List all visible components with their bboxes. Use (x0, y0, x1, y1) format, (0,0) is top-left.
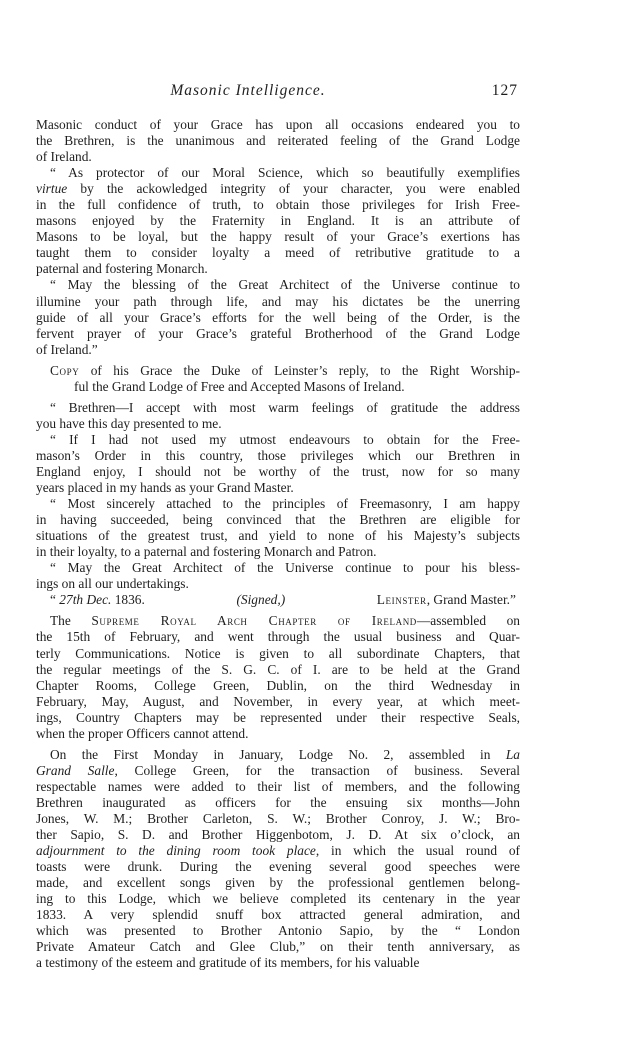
text-segment: , in which the usual round of (316, 843, 520, 858)
text-segment: ful the Grand Lodge of Free and Accepted… (74, 379, 405, 394)
text-segment: The (50, 613, 91, 628)
paragraph: On the First Monday in January, Lodge No… (36, 747, 520, 972)
text-segment: respectable names were added to their li… (36, 779, 520, 794)
text-line: Brethren inaugurated as officers for the… (36, 795, 520, 811)
text-segment: of Ireland.” (36, 342, 98, 357)
text-segment: “ May the blessing of the Great Architec… (50, 277, 520, 292)
text-segment: situations of the greatest trust, and yi… (36, 528, 520, 543)
text-segment: “ (50, 592, 59, 607)
text-line: Grand Salle, College Green, for the tran… (36, 763, 520, 779)
text-segment: ing to this Lodge, which we believe comp… (36, 891, 520, 906)
text-line: a testimony of the esteem and gratitude … (36, 955, 520, 971)
smallcaps-text: Leinster (377, 592, 427, 607)
text-line: February, May, August, and November, in … (36, 694, 520, 710)
text-line: ings on all our undertakings. (36, 576, 520, 592)
text-line: On the First Monday in January, Lodge No… (36, 747, 520, 763)
italic-text: virtue (36, 181, 67, 196)
text-line: ing to this Lodge, which we believe comp… (36, 891, 520, 907)
text-line: ings, Country Chapters may be represente… (36, 710, 520, 726)
text-segment: made, and excellent songs given by the p… (36, 875, 520, 890)
text-segment: of Ireland. (36, 149, 92, 164)
text-line: terly Communications. Notice is given to… (36, 646, 520, 662)
text-segment: Masonic conduct of your Grace has upon a… (36, 117, 520, 132)
text-segment: a testimony of the esteem and gratitude … (36, 955, 419, 970)
text-segment: Brethren inaugurated as officers for the… (36, 795, 520, 810)
italic-text: (Signed,) (236, 592, 285, 607)
text-line: “ As protector of our Moral Science, whi… (36, 165, 520, 181)
text-line: when the proper Officers cannot attend. (36, 726, 520, 742)
smallcaps-text: Supreme Royal Arch Chapter of Ireland (91, 613, 417, 628)
paragraph: Masonic conduct of your Grace has upon a… (36, 117, 520, 165)
text-line: adjournment to the dining room took plac… (36, 843, 520, 859)
text-line: mason’s Order in this country, those pri… (36, 448, 520, 464)
text-segment: ings on all our undertakings. (36, 576, 189, 591)
text-segment: in their loyalty, to a paternal and fost… (36, 544, 377, 559)
page-body: Masonic conduct of your Grace has upon a… (36, 117, 520, 971)
text-segment: England enjoy, I should not be worthy of… (36, 464, 520, 479)
text-segment: paternal and fostering Monarch. (36, 261, 208, 276)
text-segment: Jones, W. M.; Brother Carleton, S. W.; B… (36, 811, 520, 826)
text-line: respectable names were added to their li… (36, 779, 520, 795)
running-header: Masonic Intelligence. 127 (36, 82, 520, 102)
scanned-book-page: Masonic Intelligence. 127 Masonic conduc… (0, 0, 624, 1044)
text-segment: “ As protector of our Moral Science, whi… (50, 165, 520, 180)
text-line: fervent prayer of your Grace’s grateful … (36, 326, 520, 342)
text-segment: you have this day presented to me. (36, 416, 222, 431)
text-segment: terly Communications. Notice is given to… (36, 646, 520, 661)
text-line: Chapter Rooms, College Green, Dublin, on… (36, 678, 520, 694)
text-segment: mason’s Order in this country, those pri… (36, 448, 520, 463)
text-segment: ings, Country Chapters may be represente… (36, 710, 520, 725)
text-line: of Ireland. (36, 149, 520, 165)
text-line: the Brethren, is the unanimous and reite… (36, 133, 520, 149)
text-segment: taught them to consider loyalty a meed o… (36, 245, 520, 260)
text-segment: the 15th of February, and went through t… (36, 629, 520, 644)
italic-text: adjournment to the dining room took plac… (36, 843, 316, 858)
text-segment: “ Most sincerely attached to the princip… (50, 496, 520, 511)
text-line: England enjoy, I should not be worthy of… (36, 464, 520, 480)
text-segment: 1833. A very splendid snuff box attracte… (36, 907, 520, 922)
page-title: Masonic Intelligence. (36, 82, 460, 100)
signature-line: “ 27th Dec. 1836.(Signed,)Leinster, Gran… (36, 592, 520, 608)
paragraph: “ As protector of our Moral Science, whi… (36, 165, 520, 277)
paragraph: “ 27th Dec. 1836.(Signed,)Leinster, Gran… (36, 592, 520, 608)
text-line: the 15th of February, and went through t… (36, 629, 520, 645)
text-segment: illumine your path through life, and may… (36, 294, 520, 309)
text-line: the regular meetings of the S. G. C. of … (36, 662, 520, 678)
text-segment: when the proper Officers cannot attend. (36, 726, 248, 741)
text-line: masons enjoyed by the Fraternity in Engl… (36, 213, 520, 229)
text-segment: Masons to be loyal, but the happy result… (36, 229, 520, 244)
text-segment: of his Grace the Duke of Leinster’s repl… (79, 363, 520, 378)
signature-group: (Signed,) (236, 592, 285, 608)
text-line: toasts were drunk. During the evening se… (36, 859, 520, 875)
text-line: Jones, W. M.; Brother Carleton, S. W.; B… (36, 811, 520, 827)
paragraph: The Supreme Royal Arch Chapter of Irelan… (36, 613, 520, 741)
text-line: “ Brethren—I accept with most warm feeli… (36, 400, 520, 416)
text-segment: which was presented to Brother Antonio S… (36, 923, 520, 938)
smallcaps-text: Copy (50, 363, 79, 378)
text-line: ful the Grand Lodge of Free and Accepted… (36, 379, 520, 395)
paragraph: “ Brethren—I accept with most warm feeli… (36, 400, 520, 432)
text-segment: the regular meetings of the S. G. C. of … (36, 662, 520, 677)
text-segment: “ Brethren—I accept with most warm feeli… (50, 400, 520, 415)
text-segment: , Grand Master.” (427, 592, 516, 607)
text-segment: ther Sapio, S. D. and Brother Higgenboto… (36, 827, 520, 842)
text-line: “ May the blessing of the Great Architec… (36, 277, 520, 293)
text-line: guide of all your Grace’s efforts for th… (36, 310, 520, 326)
text-segment: by the ackowledged integrity of your cha… (67, 181, 520, 196)
text-segment: masons enjoyed by the Fraternity in Engl… (36, 213, 520, 228)
text-segment: —assembled on (417, 613, 520, 628)
text-line: situations of the greatest trust, and yi… (36, 528, 520, 544)
paragraph: “ If I had not used my utmost endeavours… (36, 432, 520, 496)
text-line: virtue by the ackowledged integrity of y… (36, 181, 520, 197)
text-line: Private Amateur Catch and Glee Club,” on… (36, 939, 520, 955)
text-line: Copy of his Grace the Duke of Leinster’s… (36, 363, 520, 379)
text-segment: “ If I had not used my utmost endeavours… (50, 432, 520, 447)
text-line: made, and excellent songs given by the p… (36, 875, 520, 891)
text-segment: guide of all your Grace’s efforts for th… (36, 310, 520, 325)
text-line: years placed in my hands as your Grand M… (36, 480, 520, 496)
text-line: in having succeeded, being convinced tha… (36, 512, 520, 528)
text-segment: toasts were drunk. During the evening se… (36, 859, 520, 874)
text-segment: fervent prayer of your Grace’s grateful … (36, 326, 520, 341)
text-segment: 1836. (111, 592, 144, 607)
signature-group: “ 27th Dec. 1836. (50, 592, 145, 608)
text-line: in their loyalty, to a paternal and fost… (36, 544, 520, 560)
text-line: which was presented to Brother Antonio S… (36, 923, 520, 939)
text-line: ther Sapio, S. D. and Brother Higgenboto… (36, 827, 520, 843)
italic-text: Grand Salle (36, 763, 114, 778)
text-segment: February, May, August, and November, in … (36, 694, 520, 709)
text-line: “ Most sincerely attached to the princip… (36, 496, 520, 512)
text-segment: On the First Monday in January, Lodge No… (50, 747, 506, 762)
text-line: in the full confidence of truth, to obta… (36, 197, 520, 213)
text-segment: , College Green, for the transaction of … (114, 763, 520, 778)
signature-group: Leinster, Grand Master.” (377, 592, 516, 608)
text-line: taught them to consider loyalty a meed o… (36, 245, 520, 261)
text-line: The Supreme Royal Arch Chapter of Irelan… (36, 613, 520, 629)
text-segment: in the full confidence of truth, to obta… (36, 197, 520, 212)
text-line: “ May the Great Architect of the Univers… (36, 560, 520, 576)
paragraph: “ May the Great Architect of the Univers… (36, 560, 520, 592)
page-number: 127 (492, 82, 518, 100)
text-line: illumine your path through life, and may… (36, 294, 520, 310)
paragraph: “ Most sincerely attached to the princip… (36, 496, 520, 560)
text-line: “ If I had not used my utmost endeavours… (36, 432, 520, 448)
text-segment: the Brethren, is the unanimous and reite… (36, 133, 520, 148)
text-segment: Chapter Rooms, College Green, Dublin, on… (36, 678, 520, 693)
text-line: of Ireland.” (36, 342, 520, 358)
text-line: Masonic conduct of your Grace has upon a… (36, 117, 520, 133)
paragraph: Copy of his Grace the Duke of Leinster’s… (36, 363, 520, 395)
text-line: paternal and fostering Monarch. (36, 261, 520, 277)
text-line: you have this day presented to me. (36, 416, 520, 432)
text-segment: “ May the Great Architect of the Univers… (50, 560, 520, 575)
text-segment: in having succeeded, being convinced tha… (36, 512, 520, 527)
paragraph: “ May the blessing of the Great Architec… (36, 277, 520, 357)
text-segment: Private Amateur Catch and Glee Club,” on… (36, 939, 520, 954)
text-segment: years placed in my hands as your Grand M… (36, 480, 294, 495)
italic-text: La (506, 747, 520, 762)
italic-text: 27th Dec. (59, 592, 111, 607)
text-line: 1833. A very splendid snuff box attracte… (36, 907, 520, 923)
text-line: Masons to be loyal, but the happy result… (36, 229, 520, 245)
